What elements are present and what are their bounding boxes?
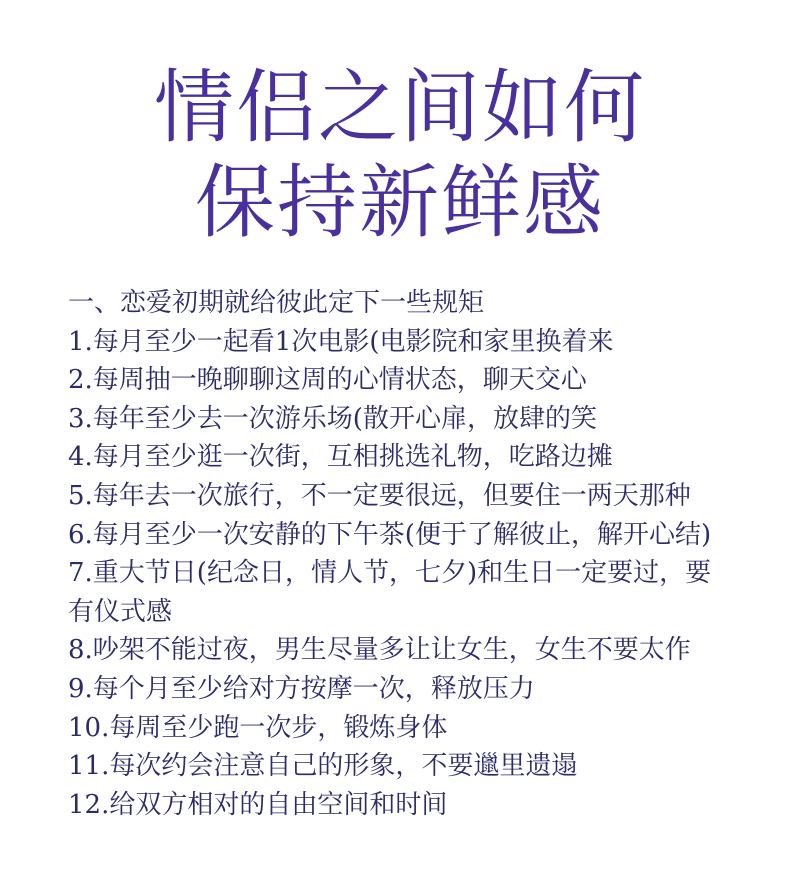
list-item: 11.每次约会注意自己的形象，不要邋里遗遢 — [68, 747, 768, 786]
page-title-line-1: 情侣之间如何 — [0, 60, 800, 156]
list-item: 5.每年去一次旅行，不一定要很远，但要住一两天那种 — [68, 477, 768, 516]
list-item: 1.每月至少一起看1次电影(电影院和家里换着来 — [68, 323, 768, 362]
list-item: 9.每个月至少给对方按摩一次，释放压力 — [68, 670, 768, 709]
section-heading: 一、恋爱初期就给彼此定下一些规矩 — [68, 284, 768, 323]
list-item: 8.吵架不能过夜，男生尽量多让让女生，女生不要太作 — [68, 631, 768, 670]
list-item: 12.给双方相对的自由空间和时间 — [68, 786, 768, 825]
list-item: 7.重大节日(纪念日，情人节，七夕)和生日一定要过，要 — [68, 554, 768, 593]
tips-list: 一、恋爱初期就给彼此定下一些规矩 1.每月至少一起看1次电影(电影院和家里换着来… — [68, 284, 768, 824]
list-item-continuation: 有仪式感 — [68, 593, 768, 632]
list-item: 2.每周抽一晚聊聊这周的心情状态，聊天交心 — [68, 361, 768, 400]
list-item: 3.每年至少去一次游乐场(散开心扉，放肆的笑 — [68, 400, 768, 439]
list-item: 4.每月至少逛一次街，互相挑选礼物，吃路边摊 — [68, 438, 768, 477]
list-item: 10.每周至少跑一次步，锻炼身体 — [68, 709, 768, 748]
list-item: 6.每月至少一次安静的下午茶(便于了解彼止，解开心结) — [68, 516, 768, 555]
page-title-line-2: 保持新鲜感 — [0, 155, 800, 251]
